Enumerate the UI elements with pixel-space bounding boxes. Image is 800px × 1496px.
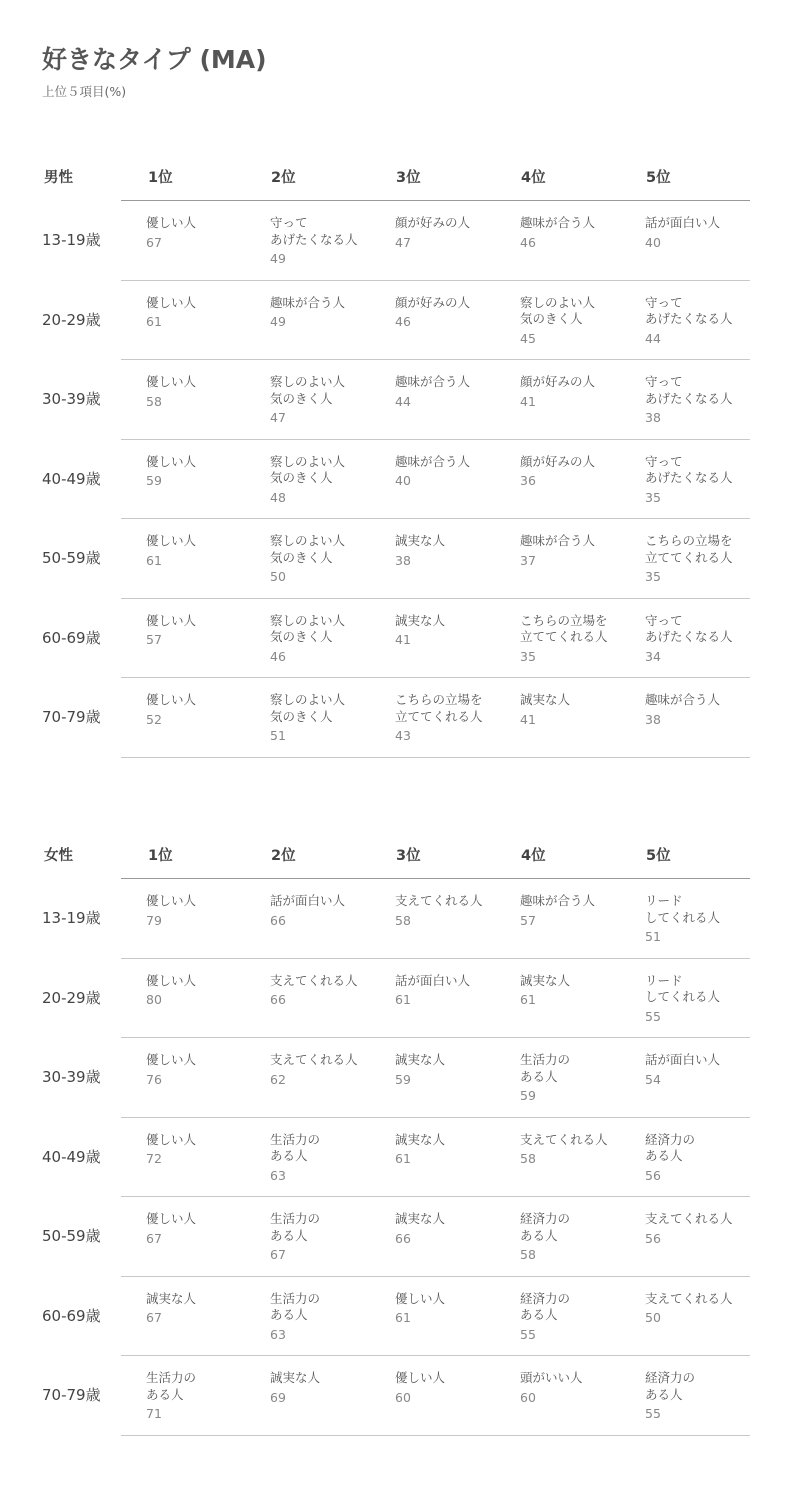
rank-cell: 頭がいい人60 <box>520 1370 640 1406</box>
trait-label: 話が面白い人 <box>395 973 515 990</box>
rank-cell: 趣味が合う人38 <box>645 692 765 728</box>
table-row: 60-69歳誠実な人67生活力の ある人63優しい人61経済力の ある人55支え… <box>0 1277 800 1357</box>
rank-cell: 守って あげたくなる人49 <box>270 215 390 267</box>
column-header-rank-5: 5位 <box>646 166 671 187</box>
trait-label: 頭がいい人 <box>520 1370 640 1387</box>
page-title: 好きなタイプ (MA) <box>42 40 267 76</box>
trait-label: 趣味が合う人 <box>520 533 640 550</box>
percentage-value: 59 <box>520 1088 640 1104</box>
trait-label: こちらの立場を 立ててくれる人 <box>520 613 640 646</box>
rank-cell: 察しのよい人 気のきく人46 <box>270 613 390 665</box>
trait-label: 話が面白い人 <box>270 893 390 910</box>
trait-label: 顔が好みの人 <box>395 295 515 312</box>
trait-label: 経済力の ある人 <box>520 1291 640 1324</box>
rank-cell: 察しのよい人 気のきく人50 <box>270 533 390 585</box>
rank-cell: 誠実な人69 <box>270 1370 390 1406</box>
trait-label: 誠実な人 <box>395 1211 515 1228</box>
rank-cell: リード してくれる人55 <box>645 973 765 1025</box>
percentage-value: 45 <box>520 331 640 347</box>
rank-cell: 趣味が合う人49 <box>270 295 390 331</box>
trait-label: 優しい人 <box>146 1211 266 1228</box>
percentage-value: 52 <box>146 712 266 728</box>
age-group-label: 50-59歳 <box>42 547 101 568</box>
table-row: 70-79歳優しい人52察しのよい人 気のきく人51こちらの立場を 立ててくれる… <box>0 678 800 758</box>
rank-cell: 優しい人52 <box>146 692 266 728</box>
percentage-value: 59 <box>395 1072 515 1088</box>
percentage-value: 49 <box>270 314 390 330</box>
percentage-value: 67 <box>146 1310 266 1326</box>
rank-cell: 優しい人79 <box>146 893 266 929</box>
percentage-value: 46 <box>520 235 640 251</box>
percentage-value: 58 <box>520 1151 640 1167</box>
percentage-value: 61 <box>520 992 640 1008</box>
rank-cell: 経済力の ある人55 <box>520 1291 640 1343</box>
percentage-value: 57 <box>520 913 640 929</box>
trait-label: 経済力の ある人 <box>645 1370 765 1403</box>
trait-label: 誠実な人 <box>395 533 515 550</box>
rank-cell: 支えてくれる人58 <box>395 893 515 929</box>
trait-label: 生活力の ある人 <box>520 1052 640 1085</box>
trait-label: 誠実な人 <box>146 1291 266 1308</box>
trait-label: 趣味が合う人 <box>520 215 640 232</box>
trait-label: 支えてくれる人 <box>270 1052 390 1069</box>
percentage-value: 46 <box>395 314 515 330</box>
trait-label: 優しい人 <box>395 1370 515 1387</box>
age-group-label: 30-39歳 <box>42 388 101 409</box>
trait-label: リード してくれる人 <box>645 893 765 926</box>
rank-cell: こちらの立場を 立ててくれる人35 <box>645 533 765 585</box>
percentage-value: 51 <box>270 728 390 744</box>
rank-cell: 誠実な人41 <box>395 613 515 649</box>
trait-label: 支えてくれる人 <box>520 1132 640 1149</box>
rank-cell: 察しのよい人 気のきく人51 <box>270 692 390 744</box>
table-row: 40-49歳優しい人59察しのよい人 気のきく人48趣味が合う人40顔が好みの人… <box>0 440 800 520</box>
group-label: 男性 <box>44 166 73 187</box>
trait-label: 優しい人 <box>146 692 266 709</box>
trait-label: 察しのよい人 気のきく人 <box>270 454 390 487</box>
rank-cell: 生活力の ある人59 <box>520 1052 640 1104</box>
percentage-value: 63 <box>270 1327 390 1343</box>
trait-label: 優しい人 <box>146 215 266 232</box>
percentage-value: 60 <box>520 1390 640 1406</box>
rank-cell: 優しい人80 <box>146 973 266 1009</box>
table-row: 30-39歳優しい人76支えてくれる人62誠実な人59生活力の ある人59話が面… <box>0 1038 800 1118</box>
age-group-label: 30-39歳 <box>42 1066 101 1087</box>
trait-label: 趣味が合う人 <box>645 692 765 709</box>
rank-cell: 支えてくれる人58 <box>520 1132 640 1168</box>
table-row: 13-19歳優しい人79話が面白い人66支えてくれる人58趣味が合う人57リード… <box>0 879 800 959</box>
age-group-label: 70-79歳 <box>42 706 101 727</box>
percentage-value: 66 <box>270 992 390 1008</box>
rank-cell: 支えてくれる人50 <box>645 1291 765 1327</box>
percentage-value: 47 <box>270 410 390 426</box>
percentage-value: 38 <box>645 410 765 426</box>
trait-label: 守って あげたくなる人 <box>645 295 765 328</box>
trait-label: 優しい人 <box>395 1291 515 1308</box>
rank-cell: 優しい人57 <box>146 613 266 649</box>
trait-label: 察しのよい人 気のきく人 <box>270 374 390 407</box>
column-header-rank-3: 3位 <box>396 166 421 187</box>
percentage-value: 40 <box>645 235 765 251</box>
rank-cell: 顔が好みの人46 <box>395 295 515 331</box>
percentage-value: 71 <box>146 1406 266 1422</box>
trait-label: 優しい人 <box>146 893 266 910</box>
percentage-value: 80 <box>146 992 266 1008</box>
percentage-value: 34 <box>645 649 765 665</box>
rank-cell: 支えてくれる人62 <box>270 1052 390 1088</box>
rank-cell: 趣味が合う人57 <box>520 893 640 929</box>
trait-label: 察しのよい人 気のきく人 <box>270 533 390 566</box>
percentage-value: 50 <box>645 1310 765 1326</box>
percentage-value: 55 <box>645 1406 765 1422</box>
rank-cell: 守って あげたくなる人38 <box>645 374 765 426</box>
trait-label: 生活力の ある人 <box>146 1370 266 1403</box>
trait-label: 優しい人 <box>146 1052 266 1069</box>
age-group-label: 40-49歳 <box>42 468 101 489</box>
percentage-value: 76 <box>146 1072 266 1088</box>
trait-label: 誠実な人 <box>395 613 515 630</box>
age-group-label: 60-69歳 <box>42 627 101 648</box>
percentage-value: 35 <box>645 569 765 585</box>
percentage-value: 35 <box>520 649 640 665</box>
percentage-value: 61 <box>395 992 515 1008</box>
table-row: 20-29歳優しい人80支えてくれる人66話が面白い人61誠実な人61リード し… <box>0 959 800 1039</box>
trait-label: 話が面白い人 <box>645 1052 765 1069</box>
trait-label: 趣味が合う人 <box>395 374 515 391</box>
rank-cell: 顔が好みの人47 <box>395 215 515 251</box>
percentage-value: 66 <box>395 1231 515 1247</box>
rank-cell: 優しい人72 <box>146 1132 266 1168</box>
rank-cell: 趣味が合う人37 <box>520 533 640 569</box>
trait-label: 話が面白い人 <box>645 215 765 232</box>
trait-label: 生活力の ある人 <box>270 1291 390 1324</box>
trait-label: 優しい人 <box>146 973 266 990</box>
rank-cell: リード してくれる人51 <box>645 893 765 945</box>
table-row: 13-19歳優しい人67守って あげたくなる人49顔が好みの人47趣味が合う人4… <box>0 201 800 281</box>
column-header-rank-5: 5位 <box>646 844 671 865</box>
trait-label: 誠実な人 <box>520 973 640 990</box>
trait-label: 察しのよい人 気のきく人 <box>520 295 640 328</box>
rank-cell: 優しい人60 <box>395 1370 515 1406</box>
rank-cell: 優しい人67 <box>146 215 266 251</box>
rank-cell: 生活力の ある人67 <box>270 1211 390 1263</box>
rank-cell: 優しい人61 <box>395 1291 515 1327</box>
age-group-label: 70-79歳 <box>42 1384 101 1405</box>
age-group-label: 13-19歳 <box>42 229 101 250</box>
percentage-value: 56 <box>645 1168 765 1184</box>
trait-label: 優しい人 <box>146 1132 266 1149</box>
trait-label: こちらの立場を 立ててくれる人 <box>645 533 765 566</box>
percentage-value: 63 <box>270 1168 390 1184</box>
rank-cell: 誠実な人38 <box>395 533 515 569</box>
trait-label: 支えてくれる人 <box>395 893 515 910</box>
percentage-value: 47 <box>395 235 515 251</box>
rank-cell: 話が面白い人61 <box>395 973 515 1009</box>
table-row: 70-79歳生活力の ある人71誠実な人69優しい人60頭がいい人60経済力の … <box>0 1356 800 1436</box>
table-row: 50-59歳優しい人61察しのよい人 気のきく人50誠実な人38趣味が合う人37… <box>0 519 800 599</box>
trait-label: 経済力の ある人 <box>520 1211 640 1244</box>
row-divider <box>121 1435 750 1436</box>
percentage-value: 44 <box>395 394 515 410</box>
ranking-table-men: 男性1位2位3位4位5位13-19歳優しい人67守って あげたくなる人49顔が好… <box>0 160 800 758</box>
age-group-label: 60-69歳 <box>42 1305 101 1326</box>
row-divider <box>121 757 750 758</box>
rank-cell: 支えてくれる人66 <box>270 973 390 1009</box>
rank-cell: 話が面白い人40 <box>645 215 765 251</box>
percentage-value: 35 <box>645 490 765 506</box>
rank-cell: 優しい人67 <box>146 1211 266 1247</box>
rank-cell: 誠実な人67 <box>146 1291 266 1327</box>
trait-label: 趣味が合う人 <box>520 893 640 910</box>
trait-label: 経済力の ある人 <box>645 1132 765 1165</box>
percentage-value: 55 <box>645 1009 765 1025</box>
rank-cell: 誠実な人61 <box>520 973 640 1009</box>
percentage-value: 41 <box>520 712 640 728</box>
column-header-rank-2: 2位 <box>271 844 296 865</box>
rank-cell: 顔が好みの人41 <box>520 374 640 410</box>
trait-label: 優しい人 <box>146 533 266 550</box>
rank-cell: 優しい人58 <box>146 374 266 410</box>
percentage-value: 41 <box>520 394 640 410</box>
rank-cell: 経済力の ある人56 <box>645 1132 765 1184</box>
page-subtitle: 上位５項目(%) <box>42 82 126 100</box>
rank-cell: 経済力の ある人55 <box>645 1370 765 1422</box>
rank-cell: 守って あげたくなる人44 <box>645 295 765 347</box>
percentage-value: 56 <box>645 1231 765 1247</box>
table-row: 40-49歳優しい人72生活力の ある人63誠実な人61支えてくれる人58経済力… <box>0 1118 800 1198</box>
percentage-value: 62 <box>270 1072 390 1088</box>
rank-cell: 顔が好みの人36 <box>520 454 640 490</box>
trait-label: 生活力の ある人 <box>270 1211 390 1244</box>
percentage-value: 61 <box>395 1151 515 1167</box>
rank-cell: 支えてくれる人56 <box>645 1211 765 1247</box>
percentage-value: 44 <box>645 331 765 347</box>
table-header: 男性1位2位3位4位5位 <box>0 160 800 201</box>
trait-label: 趣味が合う人 <box>270 295 390 312</box>
percentage-value: 61 <box>395 1310 515 1326</box>
table-row: 50-59歳優しい人67生活力の ある人67誠実な人66経済力の ある人58支え… <box>0 1197 800 1277</box>
rank-cell: 生活力の ある人63 <box>270 1132 390 1184</box>
rank-cell: 優しい人76 <box>146 1052 266 1088</box>
percentage-value: 43 <box>395 728 515 744</box>
percentage-value: 50 <box>270 569 390 585</box>
rank-cell: 趣味が合う人40 <box>395 454 515 490</box>
percentage-value: 41 <box>395 632 515 648</box>
rank-cell: 察しのよい人 気のきく人48 <box>270 454 390 506</box>
column-header-rank-1: 1位 <box>148 844 173 865</box>
column-header-rank-4: 4位 <box>521 844 546 865</box>
percentage-value: 61 <box>146 553 266 569</box>
trait-label: 守って あげたくなる人 <box>270 215 390 248</box>
trait-label: 支えてくれる人 <box>645 1211 765 1228</box>
trait-label: 支えてくれる人 <box>270 973 390 990</box>
rank-cell: 生活力の ある人71 <box>146 1370 266 1422</box>
trait-label: 顔が好みの人 <box>520 374 640 391</box>
rank-cell: 趣味が合う人44 <box>395 374 515 410</box>
trait-label: 支えてくれる人 <box>645 1291 765 1308</box>
percentage-value: 66 <box>270 913 390 929</box>
trait-label: 生活力の ある人 <box>270 1132 390 1165</box>
percentage-value: 67 <box>146 1231 266 1247</box>
trait-label: 優しい人 <box>146 613 266 630</box>
rank-cell: こちらの立場を 立ててくれる人35 <box>520 613 640 665</box>
percentage-value: 67 <box>146 235 266 251</box>
percentage-value: 79 <box>146 913 266 929</box>
trait-label: 察しのよい人 気のきく人 <box>270 692 390 725</box>
group-label: 女性 <box>44 844 73 865</box>
trait-label: 誠実な人 <box>395 1132 515 1149</box>
percentage-value: 59 <box>146 473 266 489</box>
percentage-value: 49 <box>270 251 390 267</box>
trait-label: 趣味が合う人 <box>395 454 515 471</box>
rank-cell: 趣味が合う人46 <box>520 215 640 251</box>
percentage-value: 38 <box>395 553 515 569</box>
trait-label: 守って あげたくなる人 <box>645 454 765 487</box>
percentage-value: 61 <box>146 314 266 330</box>
rank-cell: 誠実な人59 <box>395 1052 515 1088</box>
column-header-rank-4: 4位 <box>521 166 546 187</box>
age-group-label: 20-29歳 <box>42 309 101 330</box>
percentage-value: 58 <box>395 913 515 929</box>
trait-label: 守って あげたくなる人 <box>645 374 765 407</box>
ranking-table-women: 女性1位2位3位4位5位13-19歳優しい人79話が面白い人66支えてくれる人5… <box>0 838 800 1436</box>
percentage-value: 72 <box>146 1151 266 1167</box>
trait-label: 守って あげたくなる人 <box>645 613 765 646</box>
trait-label: 顔が好みの人 <box>395 215 515 232</box>
rank-cell: 誠実な人61 <box>395 1132 515 1168</box>
rank-cell: 生活力の ある人63 <box>270 1291 390 1343</box>
percentage-value: 67 <box>270 1247 390 1263</box>
rank-cell: 優しい人61 <box>146 295 266 331</box>
rank-cell: こちらの立場を 立ててくれる人43 <box>395 692 515 744</box>
percentage-value: 69 <box>270 1390 390 1406</box>
percentage-value: 54 <box>645 1072 765 1088</box>
trait-label: 優しい人 <box>146 295 266 312</box>
percentage-value: 58 <box>146 394 266 410</box>
age-group-label: 50-59歳 <box>42 1225 101 1246</box>
table-row: 30-39歳優しい人58察しのよい人 気のきく人47趣味が合う人44顔が好みの人… <box>0 360 800 440</box>
column-header-rank-1: 1位 <box>148 166 173 187</box>
rank-cell: 察しのよい人 気のきく人45 <box>520 295 640 347</box>
percentage-value: 46 <box>270 649 390 665</box>
percentage-value: 57 <box>146 632 266 648</box>
percentage-value: 48 <box>270 490 390 506</box>
percentage-value: 60 <box>395 1390 515 1406</box>
age-group-label: 13-19歳 <box>42 907 101 928</box>
table-row: 60-69歳優しい人57察しのよい人 気のきく人46誠実な人41こちらの立場を … <box>0 599 800 679</box>
column-header-rank-3: 3位 <box>396 844 421 865</box>
percentage-value: 51 <box>645 929 765 945</box>
rank-cell: 優しい人61 <box>146 533 266 569</box>
rank-cell: 守って あげたくなる人35 <box>645 454 765 506</box>
trait-label: リード してくれる人 <box>645 973 765 1006</box>
rank-cell: 話が面白い人66 <box>270 893 390 929</box>
rank-cell: 経済力の ある人58 <box>520 1211 640 1263</box>
percentage-value: 38 <box>645 712 765 728</box>
trait-label: 優しい人 <box>146 454 266 471</box>
rank-cell: 察しのよい人 気のきく人47 <box>270 374 390 426</box>
table-header: 女性1位2位3位4位5位 <box>0 838 800 879</box>
percentage-value: 37 <box>520 553 640 569</box>
trait-label: 誠実な人 <box>395 1052 515 1069</box>
percentage-value: 40 <box>395 473 515 489</box>
age-group-label: 20-29歳 <box>42 987 101 1008</box>
table-row: 20-29歳優しい人61趣味が合う人49顔が好みの人46察しのよい人 気のきく人… <box>0 281 800 361</box>
rank-cell: 優しい人59 <box>146 454 266 490</box>
age-group-label: 40-49歳 <box>42 1146 101 1167</box>
column-header-rank-2: 2位 <box>271 166 296 187</box>
trait-label: 察しのよい人 気のきく人 <box>270 613 390 646</box>
rank-cell: 話が面白い人54 <box>645 1052 765 1088</box>
trait-label: こちらの立場を 立ててくれる人 <box>395 692 515 725</box>
percentage-value: 36 <box>520 473 640 489</box>
trait-label: 顔が好みの人 <box>520 454 640 471</box>
rank-cell: 誠実な人66 <box>395 1211 515 1247</box>
trait-label: 誠実な人 <box>270 1370 390 1387</box>
rank-cell: 誠実な人41 <box>520 692 640 728</box>
percentage-value: 55 <box>520 1327 640 1343</box>
rank-cell: 守って あげたくなる人34 <box>645 613 765 665</box>
percentage-value: 58 <box>520 1247 640 1263</box>
trait-label: 誠実な人 <box>520 692 640 709</box>
trait-label: 優しい人 <box>146 374 266 391</box>
